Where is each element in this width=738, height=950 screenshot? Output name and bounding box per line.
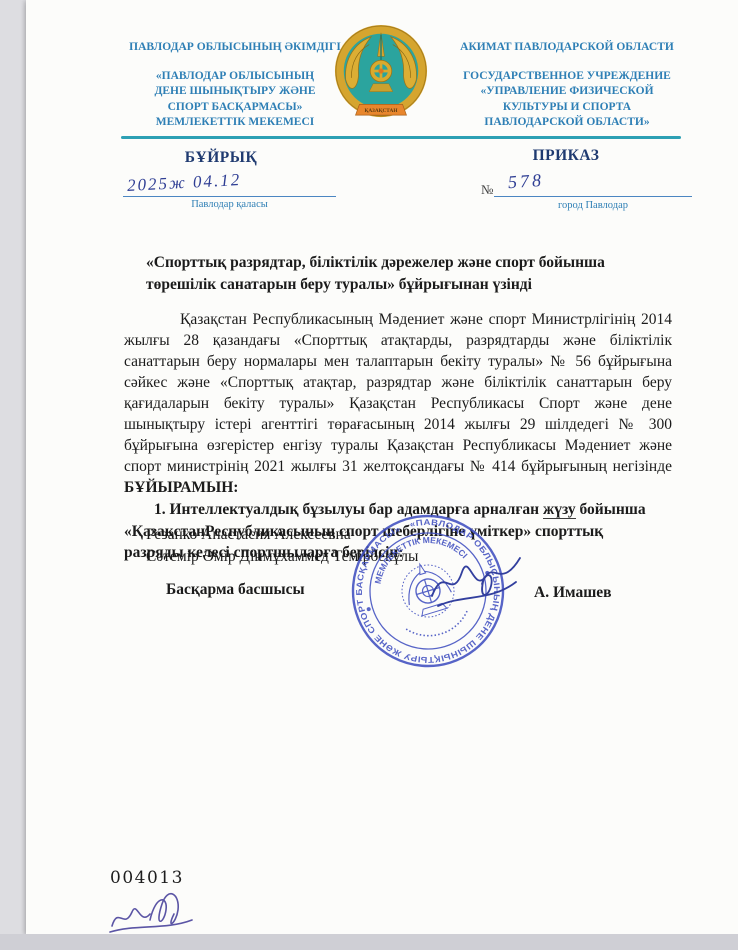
document-page: ПАВЛОДАР ОБЛЫСЫНЫҢ ӘКІМДІГІ «ПАВЛОДАР ОБ… bbox=[26, 0, 738, 934]
header-akimat-kz: ПАВЛОДАР ОБЛЫСЫНЫҢ ӘКІМДІГІ bbox=[104, 40, 366, 56]
header-divider-line bbox=[121, 136, 681, 139]
approver-handwritten-signature bbox=[424, 540, 528, 624]
kazakhstan-coat-of-arms-icon: ҚАЗАҚСТАН bbox=[332, 20, 430, 126]
order-heading-ru: ПРИКАЗ bbox=[466, 147, 666, 165]
handwritten-order-number: 578 bbox=[507, 170, 544, 193]
pen-underlined-word: жүзу bbox=[543, 501, 576, 519]
preamble-text: Қазақстан Республикасының Мәдениет және … bbox=[124, 311, 672, 475]
scanned-document: ПАВЛОДАР ОБЛЫСЫНЫҢ ӘКІМДІГІ «ПАВЛОДАР ОБ… bbox=[0, 0, 738, 950]
form-number: 004013 bbox=[110, 868, 184, 888]
resolve-word: БҰЙЫРАМЫН: bbox=[124, 479, 238, 496]
document-title: «Спорттық разрядтар, біліктілік дәрежеле… bbox=[146, 252, 651, 296]
header-org-russian: АКИМАТ ПАВЛОДАРСКОЙ ОБЛАСТИ ГОСУДАРСТВЕН… bbox=[426, 40, 708, 131]
date-underline bbox=[123, 196, 336, 197]
emblem-banner-text: ҚАЗАҚСТАН bbox=[365, 108, 399, 114]
number-sign: № bbox=[481, 182, 493, 198]
signer-position-title: Басқарма басшысы bbox=[166, 581, 305, 599]
handwritten-date: 2025ж 04.12 bbox=[127, 170, 242, 196]
header-akimat-ru: АКИМАТ ПАВЛОДАРСКОЙ ОБЛАСТИ bbox=[426, 40, 708, 56]
preamble-paragraph: Қазақстан Республикасының Мәдениет және … bbox=[124, 309, 672, 498]
signer-name: А. Имашев bbox=[534, 584, 612, 602]
footer-handwritten-initials bbox=[106, 886, 216, 938]
scan-edge-shadow bbox=[0, 934, 738, 950]
order-heading-kz: БҰЙРЫҚ bbox=[121, 149, 321, 167]
place-label-kz: Павлодар қаласы bbox=[123, 199, 336, 210]
number-underline bbox=[494, 196, 692, 197]
header-org-name-kz: «ПАВЛОДАР ОБЛЫСЫНЫҢ ДЕНЕ ШЫНЫҚТЫРУ ЖӘНЕ … bbox=[104, 69, 366, 131]
header-org-kazakh: ПАВЛОДАР ОБЛЫСЫНЫҢ ӘКІМДІГІ «ПАВЛОДАР ОБ… bbox=[104, 40, 366, 131]
header-org-name-ru: ГОСУДАРСТВЕННОЕ УЧРЕЖДЕНИЕ «УПРАВЛЕНИЕ Ф… bbox=[426, 69, 708, 131]
place-label-ru: город Павлодар bbox=[494, 200, 692, 211]
